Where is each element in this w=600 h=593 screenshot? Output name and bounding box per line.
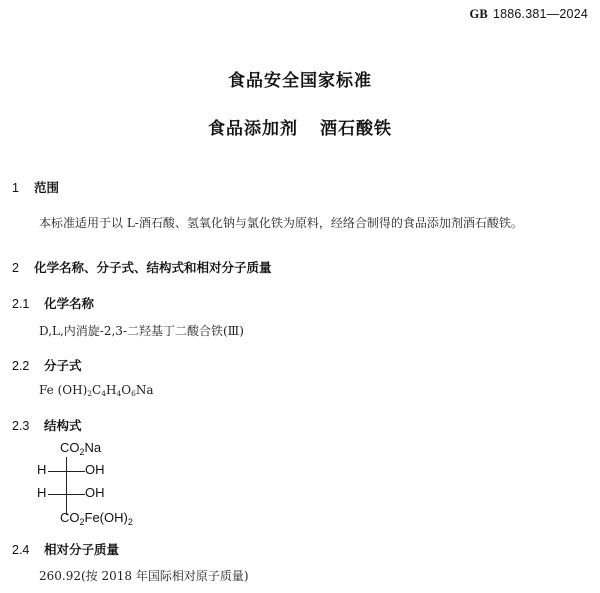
subsection-title: 分子式	[44, 358, 82, 373]
section-title: 范围	[34, 180, 59, 195]
subsection-heading-chemical-name: 2.1化学名称	[12, 294, 94, 312]
molecular-formula: Fe (OH)2C4H4O6Na	[39, 383, 154, 398]
formula-part: Na	[136, 383, 154, 397]
scope-paragraph: 本标准适用于以 L-酒石酸、氢氧化钠与氯化铁为原料，经络合制得的食品添加剂酒石酸…	[39, 214, 523, 231]
standard-number: 1886.381—2024	[493, 7, 588, 21]
subsection-number: 2.4	[12, 543, 44, 557]
section-heading-chemical-info: 2化学名称、分子式、结构式和相对分子质量	[12, 258, 272, 276]
structure-oh-2: OH	[85, 485, 105, 500]
subsection-number: 2.3	[12, 419, 44, 433]
structure-subscript: 2	[128, 517, 133, 527]
chemical-name-text: D,L,内消旋-2,3-二羟基丁二酸合铁(Ⅲ)	[39, 322, 244, 339]
structure-h-2: H	[37, 485, 46, 500]
structure-text: Fe(OH)	[85, 510, 128, 525]
section-number: 1	[12, 181, 34, 195]
structure-bottom-group: CO2Fe(OH)2	[60, 510, 133, 527]
structure-top-group: CO2Na	[60, 440, 101, 457]
molecular-weight-text: 260.92(按 2018 年国际相对原子质量)	[39, 567, 249, 584]
formula-part: H	[106, 383, 116, 397]
subsection-heading-molecular-formula: 2.2分子式	[12, 356, 82, 374]
formula-part: O	[121, 383, 131, 397]
standard-prefix: GB	[469, 7, 487, 21]
section-heading-scope: 1范围	[12, 178, 59, 196]
subsection-title: 化学名称	[44, 296, 94, 311]
section-number: 2	[12, 261, 34, 275]
formula-part: Fe (OH)	[39, 383, 87, 397]
structure-bond-row2	[48, 494, 85, 495]
subsection-number: 2.2	[12, 359, 44, 373]
section-title: 化学名称、分子式、结构式和相对分子质量	[34, 260, 272, 275]
subtitle-category: 食品添加剂	[208, 119, 298, 139]
structure-oh-1: OH	[85, 462, 105, 477]
structure-h-1: H	[37, 462, 46, 477]
standard-code: GB1886.381—2024	[469, 7, 588, 22]
subsection-heading-structural-formula: 2.3结构式	[12, 416, 82, 434]
structure-bond-row1	[48, 471, 85, 472]
structure-text: CO	[60, 510, 80, 525]
structure-text: CO	[60, 440, 80, 455]
document-subtitle: 食品添加剂酒石酸铁	[0, 114, 600, 139]
structure-backbone-bond	[66, 457, 67, 515]
formula-part: C	[92, 383, 101, 397]
subtitle-substance: 酒石酸铁	[320, 119, 392, 139]
subsection-title: 结构式	[44, 418, 82, 433]
subsection-title: 相对分子质量	[44, 542, 119, 557]
document-title: 食品安全国家标准	[0, 66, 600, 91]
structural-formula-diagram: CO2Na H OH H OH CO2Fe(OH)2	[32, 440, 162, 530]
structure-text: Na	[85, 440, 102, 455]
subsection-number: 2.1	[12, 297, 44, 311]
subsection-heading-molecular-weight: 2.4相对分子质量	[12, 540, 119, 558]
